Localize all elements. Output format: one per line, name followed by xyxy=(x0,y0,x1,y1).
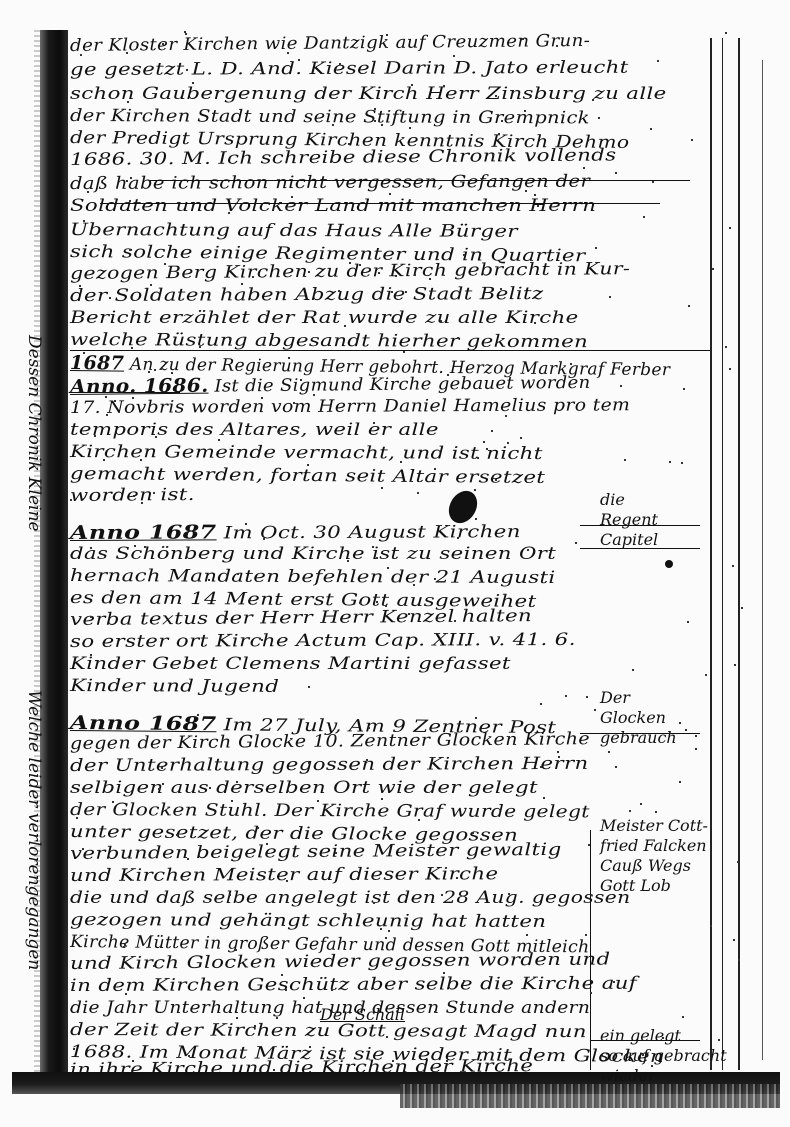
rule-line xyxy=(100,203,660,204)
scan-noise xyxy=(491,430,493,432)
scan-noise xyxy=(609,296,611,298)
scan-noise xyxy=(162,783,164,785)
scan-noise xyxy=(729,368,731,370)
scan-noise xyxy=(657,60,659,62)
scan-noise xyxy=(405,291,407,293)
scan-noise xyxy=(155,436,157,438)
scan-noise xyxy=(586,696,588,698)
rule-line xyxy=(70,392,180,393)
scan-noise xyxy=(373,422,375,424)
scan-noise xyxy=(130,177,132,179)
scan-noise xyxy=(655,811,657,813)
right-margin-note: so auf gebracht xyxy=(600,1046,727,1065)
scan-noise xyxy=(695,748,697,750)
scan-noise xyxy=(332,124,334,126)
scan-noise xyxy=(434,468,436,470)
scan-noise xyxy=(148,371,150,373)
right-margin-rule-3 xyxy=(738,38,740,1070)
scan-noise xyxy=(679,781,681,783)
manuscript-line: temporis des Altares, weil er alle xyxy=(70,420,439,440)
scan-noise xyxy=(153,965,155,967)
scan-noise xyxy=(381,798,383,800)
scan-noise xyxy=(348,143,350,145)
scan-noise xyxy=(613,981,615,983)
scan-noise xyxy=(598,117,600,119)
scan-noise xyxy=(687,621,689,623)
scan-noise xyxy=(87,191,89,193)
scan-noise xyxy=(486,448,488,450)
manuscript-line: Kinder und Jugend xyxy=(70,676,279,697)
scan-noise xyxy=(80,54,82,56)
year-heading: Anno 1687 xyxy=(70,712,217,735)
scan-noise xyxy=(261,397,263,399)
manuscript-line: die und daß selbe angelegt ist den 28 Au… xyxy=(70,888,631,908)
scan-noise xyxy=(440,320,442,322)
scan-noise xyxy=(681,462,683,464)
scan-noise xyxy=(400,461,402,463)
inline-annotation: Der Schall xyxy=(320,1005,405,1024)
scan-noise xyxy=(162,43,164,45)
scan-noise xyxy=(738,959,740,961)
scan-noise xyxy=(228,212,230,214)
scan-noise xyxy=(209,787,211,789)
scan-noise xyxy=(150,284,152,286)
scan-noise xyxy=(252,276,254,278)
scan-noise xyxy=(156,855,158,857)
scan-noise xyxy=(408,613,410,615)
scan-noise xyxy=(570,363,572,365)
scan-noise xyxy=(376,557,378,559)
scan-noise xyxy=(286,880,288,882)
scan-noise xyxy=(662,1037,664,1039)
manuscript-line: Soldaten und Volcker Land mit manchen He… xyxy=(70,196,596,216)
scan-noise xyxy=(595,247,597,249)
manuscript-line: Anno. 1686. Ist die Sigmund Kirche gebau… xyxy=(70,371,591,398)
scan-noise xyxy=(642,1054,644,1056)
scan-noise xyxy=(395,275,397,277)
manuscript-line: hernach Mandaten befehlen der 21 Augusti xyxy=(70,566,556,588)
manuscript-line: der Kirchen Stadt und seine Stiftung in … xyxy=(70,106,590,128)
scan-noise xyxy=(500,288,502,290)
manuscript-line: so erster ort Kirche Actum Cap. XIII. v.… xyxy=(70,630,576,652)
rule-line xyxy=(70,350,710,351)
manuscript-line: welche Rüstung abgesandt hierher gekomme… xyxy=(70,330,588,352)
scan-noise xyxy=(141,502,143,504)
manuscript-line: schon Gaubergenung der Kirch Herr Zinsbu… xyxy=(70,84,667,104)
scan-noise xyxy=(652,181,654,183)
scan-noise xyxy=(441,894,443,896)
scan-noise xyxy=(385,605,387,607)
right-margin-note: Gott Lob xyxy=(600,876,671,895)
scan-noise xyxy=(208,579,210,581)
scan-noise xyxy=(229,894,231,896)
scan-noise xyxy=(144,546,146,548)
scan-noise xyxy=(255,404,257,406)
manuscript-line: gemacht werden, fortan seit Altar ersetz… xyxy=(70,464,546,488)
scan-noise xyxy=(126,52,128,54)
scan-noise xyxy=(679,722,681,724)
right-margin-note: Der xyxy=(600,688,630,707)
scan-noise xyxy=(126,180,128,182)
scan-noise xyxy=(537,205,539,207)
scan-noise xyxy=(197,714,199,716)
scan-noise xyxy=(241,283,243,285)
scan-noise xyxy=(376,601,378,603)
scan-noise xyxy=(624,459,626,461)
scan-noise xyxy=(411,84,413,86)
manuscript-body: der Kloster Kirchen wie Dantzigk auf Cre… xyxy=(70,36,710,1072)
scan-noise xyxy=(313,394,315,396)
scan-noise xyxy=(463,980,465,982)
manuscript-line: und Kirchen Meister auf dieser Kirche xyxy=(70,864,499,886)
scan-noise xyxy=(389,193,391,195)
scan-noise xyxy=(457,537,459,539)
scan-noise xyxy=(303,997,305,999)
scan-noise xyxy=(734,664,736,666)
scan-noise xyxy=(650,128,652,130)
year-heading: Anno 1687 xyxy=(70,521,217,544)
scan-noise xyxy=(453,55,455,57)
scan-noise xyxy=(392,1060,394,1062)
scan-noise xyxy=(344,325,346,327)
scan-noise xyxy=(359,264,361,266)
scan-noise xyxy=(298,59,300,61)
scan-noise xyxy=(590,992,592,994)
margin-divider xyxy=(590,830,591,1070)
scan-noise xyxy=(378,272,380,274)
scan-noise xyxy=(236,781,238,783)
scan-noise xyxy=(481,179,483,181)
left-margin-note-upper: Dessen Chronik Kleine xyxy=(24,335,44,532)
scan-noise xyxy=(691,139,693,141)
manuscript-line: selbigen aus derselben Ort wie der geleg… xyxy=(70,778,538,798)
scan-noise xyxy=(261,639,263,641)
manuscript-line: ge gesetzt L. D. And. Kiesel Darin D. Ja… xyxy=(70,58,629,80)
right-margin-rule-2 xyxy=(722,38,723,1070)
scan-noise xyxy=(347,560,349,562)
scan-noise xyxy=(583,167,585,169)
scan-noise xyxy=(285,989,287,991)
scan-noise xyxy=(231,800,233,802)
scan-noise xyxy=(229,683,231,685)
scan-noise xyxy=(83,352,85,354)
scan-noise xyxy=(164,263,166,265)
scan-noise xyxy=(125,993,127,995)
scan-noise xyxy=(429,278,431,280)
manuscript-line: in dem Kirchen Geschütz aber selbe die K… xyxy=(70,974,637,996)
scan-noise xyxy=(309,1046,311,1048)
scan-noise xyxy=(187,858,189,860)
scan-noise xyxy=(556,45,558,47)
scan-noise xyxy=(133,495,135,497)
manuscript-line: 1686. 30. M. Ich schreibe diese Chronik … xyxy=(70,145,617,170)
scan-noise xyxy=(380,928,382,930)
scan-noise xyxy=(287,52,289,54)
scan-noise xyxy=(705,674,707,676)
manuscript-line: und Kirch Glocken wieder gegossen worden… xyxy=(70,949,611,974)
scan-noise xyxy=(188,1055,190,1057)
scan-noise xyxy=(140,459,142,461)
scan-noise xyxy=(105,396,107,398)
scan-noise xyxy=(683,388,685,390)
page-outer-edge xyxy=(762,60,763,1060)
scan-noise xyxy=(409,127,411,129)
scan-noise xyxy=(73,1048,75,1050)
scan-noise xyxy=(524,110,526,112)
scan-noise xyxy=(526,934,528,936)
scan-noise xyxy=(685,729,687,731)
scan-noise xyxy=(447,374,449,376)
scan-noise xyxy=(70,537,72,539)
scan-noise xyxy=(263,538,265,540)
scan-noise xyxy=(308,686,310,688)
scan-noise xyxy=(508,893,510,895)
scan-noise xyxy=(291,196,293,198)
scan-noise xyxy=(131,347,133,349)
bottom-page-edge-texture xyxy=(400,1084,780,1108)
scan-noise xyxy=(199,346,201,348)
scan-noise xyxy=(498,133,500,135)
scan-noise xyxy=(186,69,188,71)
scan-noise xyxy=(134,545,136,547)
scan-noise xyxy=(129,249,131,251)
scan-noise xyxy=(391,291,393,293)
scan-noise xyxy=(226,618,228,620)
scan-noise xyxy=(254,1025,256,1027)
scan-noise xyxy=(543,797,545,799)
scan-noise xyxy=(276,1017,278,1019)
scan-noise xyxy=(293,402,295,404)
rule-line xyxy=(150,180,690,181)
scan-noise xyxy=(732,565,734,567)
scan-noise xyxy=(158,788,160,790)
scan-noise xyxy=(176,834,178,836)
year-heading: Anno. 1686. xyxy=(70,375,209,398)
scan-noise xyxy=(308,762,310,764)
scan-noise xyxy=(386,34,388,36)
scan-noise xyxy=(710,925,712,927)
manuscript-line: Bericht erzählet der Rat wurde zu alle K… xyxy=(70,308,579,328)
scan-noise xyxy=(483,441,485,443)
scan-noise xyxy=(288,357,290,359)
scan-noise xyxy=(132,1060,134,1062)
scan-noise xyxy=(629,810,631,812)
ink-blot xyxy=(665,560,673,568)
scan-noise xyxy=(565,695,567,697)
scan-noise xyxy=(718,1039,720,1041)
scan-noise xyxy=(273,1069,275,1071)
right-margin-note: ein gelegt xyxy=(600,1026,681,1045)
manuscript-line: verba textus der Herr Herr Kenzel halten xyxy=(70,606,532,630)
scan-noise xyxy=(235,949,237,951)
scan-noise xyxy=(457,337,459,339)
scan-noise xyxy=(594,709,596,711)
scan-noise xyxy=(123,946,125,948)
scan-noise xyxy=(229,338,231,340)
scan-noise xyxy=(741,607,743,609)
scan-noise xyxy=(733,939,735,941)
scan-noise xyxy=(534,322,536,324)
scan-noise xyxy=(366,759,368,761)
scan-noise xyxy=(127,101,129,103)
scan-noise xyxy=(495,95,497,97)
scan-noise xyxy=(575,542,577,544)
scan-noise xyxy=(632,669,634,671)
scan-noise xyxy=(540,703,542,705)
scan-noise xyxy=(90,654,92,656)
scan-noise xyxy=(414,274,416,276)
scan-noise xyxy=(278,432,280,434)
scan-noise xyxy=(737,861,739,863)
scan-noise xyxy=(475,518,477,520)
scan-noise xyxy=(403,351,405,353)
scan-noise xyxy=(615,172,617,174)
right-margin-note: die xyxy=(600,490,625,509)
right-margin-note: Regent xyxy=(600,510,658,529)
manuscript-line: in ihre Kirche und die Kirchen der Kirch… xyxy=(70,1056,534,1080)
scan-noise xyxy=(651,1065,653,1067)
manuscript-line: der Glocken Stuhl. Der Kirche Graf wurde… xyxy=(70,800,590,822)
right-margin-note: Capitel xyxy=(600,530,658,549)
scan-noise xyxy=(349,262,351,264)
scan-noise xyxy=(387,567,389,569)
scan-noise xyxy=(492,154,494,156)
scan-noise xyxy=(237,573,239,575)
scan-noise xyxy=(90,616,92,618)
manuscript-line: verbunden beigelegt seine Meister gewalt… xyxy=(70,840,562,864)
scan-noise xyxy=(476,1033,478,1035)
scan-noise xyxy=(434,578,436,580)
scan-noise xyxy=(463,254,465,256)
scan-noise xyxy=(472,832,474,834)
scan-noise xyxy=(373,902,375,904)
scan-noise xyxy=(695,735,697,737)
scan-noise xyxy=(443,85,445,87)
scan-noise xyxy=(153,492,155,494)
scan-noise xyxy=(359,602,361,604)
scan-noise xyxy=(257,827,259,829)
scan-noise xyxy=(640,803,642,805)
scan-noise xyxy=(334,1014,336,1016)
scan-noise xyxy=(540,766,542,768)
scan-noise xyxy=(413,584,415,586)
scan-noise xyxy=(339,63,341,65)
scan-noise xyxy=(615,766,617,768)
scan-noise xyxy=(588,844,590,846)
scan-noise xyxy=(522,38,524,40)
scan-noise xyxy=(725,32,727,34)
scan-noise xyxy=(192,82,194,84)
scan-noise xyxy=(161,767,163,769)
scan-noise xyxy=(106,414,108,416)
scan-noise xyxy=(90,547,92,549)
scan-noise xyxy=(477,457,479,459)
scan-noise xyxy=(83,220,85,222)
scan-noise xyxy=(76,817,78,819)
scan-noise xyxy=(281,974,283,976)
scan-noise xyxy=(413,761,415,763)
scan-noise xyxy=(688,305,690,307)
right-margin-note: fried Falcken xyxy=(600,836,707,855)
right-margin-note: Meister Cott- xyxy=(600,816,708,835)
scan-noise xyxy=(154,369,156,371)
scan-noise xyxy=(527,549,529,551)
scan-noise xyxy=(434,1011,436,1013)
scan-noise xyxy=(465,644,467,646)
scan-noise xyxy=(132,397,134,399)
scan-noise xyxy=(381,487,383,489)
right-margin-rule-1 xyxy=(710,38,712,1070)
right-margin-note: gebrauch xyxy=(600,728,677,747)
scan-noise xyxy=(114,400,116,402)
manuscript-line: Kinder Gebet Clemens Martini gefasset xyxy=(70,654,511,674)
scan-noise xyxy=(79,285,81,287)
scan-noise xyxy=(75,404,77,406)
right-margin-note: Cauß Wegs xyxy=(600,856,691,875)
scan-noise xyxy=(171,372,173,374)
scan-noise xyxy=(682,1016,684,1018)
scan-noise xyxy=(729,227,731,229)
scan-noise xyxy=(725,346,727,348)
manuscript-line: der Soldaten haben Abzug die Stadt Belit… xyxy=(70,284,544,306)
scan-noise xyxy=(374,120,376,122)
scan-noise xyxy=(266,843,268,845)
scan-noise xyxy=(534,194,536,196)
scan-noise xyxy=(338,290,340,292)
manuscript-line: Ubernachtung auf das Haus Alle Bürger xyxy=(70,220,518,242)
scan-noise xyxy=(300,379,302,381)
scan-noise xyxy=(245,523,247,525)
scan-noise xyxy=(501,120,503,122)
manuscript-line: der Unterhaltung gegossen der Kirchen He… xyxy=(70,754,589,776)
scan-noise xyxy=(507,442,509,444)
manuscript-line: gezogen und gehängt schleunig hat hatten xyxy=(70,910,546,932)
scan-noise xyxy=(388,930,390,932)
scan-noise xyxy=(585,934,587,936)
scan-noise xyxy=(335,852,337,854)
scan-noise xyxy=(160,368,162,370)
scan-noise xyxy=(454,620,456,622)
scan-noise xyxy=(109,297,111,299)
scan-noise xyxy=(317,800,319,802)
scan-noise xyxy=(381,124,383,126)
scan-noise xyxy=(712,268,714,270)
manuscript-line: gegen der Kirch Glocke 10. Zentner Glock… xyxy=(70,729,590,754)
scan-noise xyxy=(456,877,458,879)
scan-noise xyxy=(475,717,477,719)
right-margin-note: wieder xyxy=(600,1066,656,1085)
scan-noise xyxy=(474,489,476,491)
scan-noise xyxy=(112,801,114,803)
scan-noise xyxy=(557,751,559,753)
scan-noise xyxy=(129,200,131,202)
manuscript-line: 17. Novbris worden vom Herrn Daniel Hame… xyxy=(70,395,630,418)
scan-noise xyxy=(308,271,310,273)
right-margin-note: Glocken xyxy=(600,708,666,727)
left-margin-note-lower: Welche leider verlorengegangen xyxy=(24,690,44,970)
scan-noise xyxy=(535,338,537,340)
scan-noise xyxy=(495,479,497,481)
scan-noise xyxy=(386,1036,388,1038)
scan-noise xyxy=(592,99,594,101)
scan-noise xyxy=(446,1060,448,1062)
scan-noise xyxy=(669,461,671,463)
scan-noise xyxy=(236,1017,238,1019)
scan-noise xyxy=(418,819,420,821)
scan-noise xyxy=(331,989,333,991)
manuscript-line: Anno 1687 Im Oct. 30 August Kirchen xyxy=(70,520,521,544)
manuscript-line: daß habe ich schon nicht vergessen, Gefa… xyxy=(70,172,590,194)
